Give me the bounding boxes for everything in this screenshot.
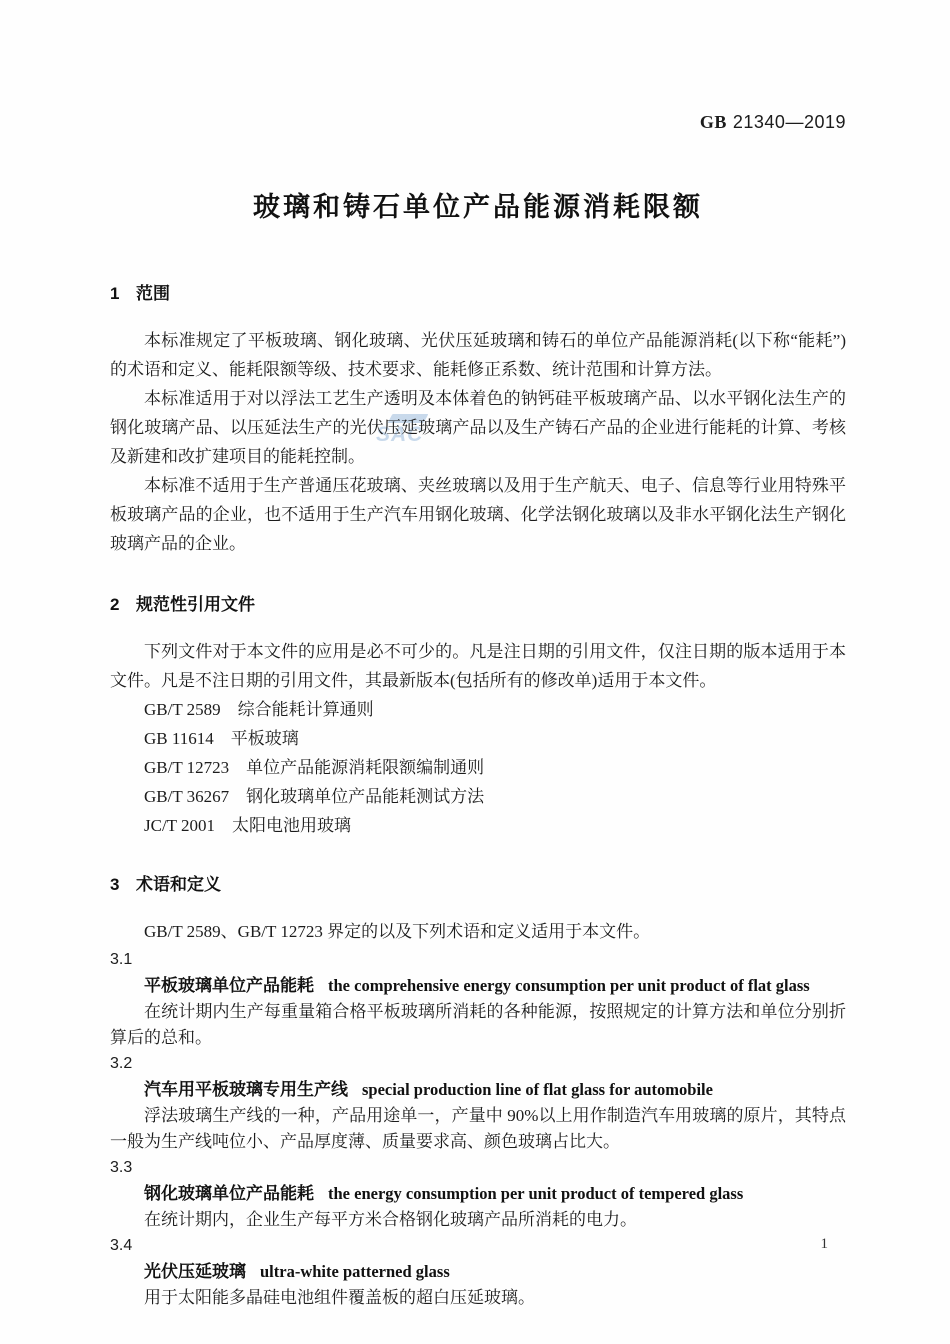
- terms-list: 3.1 平板玻璃单位产品能耗the comprehensive energy c…: [110, 947, 846, 1311]
- standard-code-number: 21340—2019: [733, 112, 846, 132]
- term-title-zh: 钢化玻璃单位产品能耗: [144, 1184, 328, 1203]
- term-title-zh: 汽车用平板玻璃专用生产线: [144, 1080, 362, 1099]
- section-2-title: 规范性引用文件: [136, 595, 255, 614]
- term-definition: 用于太阳能多晶硅电池组件覆盖板的超白压延玻璃。: [110, 1285, 846, 1311]
- term-entry-3-4: 3.4 光伏压延玻璃ultra-white patterned glass 用于…: [110, 1233, 846, 1311]
- term-title: 钢化玻璃单位产品能耗the energy consumption per uni…: [110, 1181, 846, 1207]
- terms-intro: GB/T 2589、GB/T 12723 界定的以及下列术语和定义适用于本文件。: [110, 917, 846, 946]
- term-title-en: ultra-white patterned glass: [260, 1262, 450, 1281]
- section-3-number: 3: [110, 873, 136, 897]
- term-number: 3.3: [110, 1155, 846, 1181]
- scope-paragraph-1: 本标准规定了平板玻璃、钢化玻璃、光伏压延玻璃和铸石的单位产品能源消耗(以下称“能…: [110, 326, 846, 384]
- standard-code-prefix: GB: [700, 112, 727, 132]
- page-number: 1: [821, 1236, 829, 1253]
- section-1-heading: 1范围: [110, 282, 846, 306]
- term-title-zh: 光伏压延玻璃: [144, 1262, 260, 1281]
- document-title: 玻璃和铸石单位产品能源消耗限额: [110, 190, 846, 224]
- term-title: 汽车用平板玻璃专用生产线special production line of f…: [110, 1077, 846, 1103]
- reference-item: JC/T 2001 太阳电池用玻璃: [110, 811, 846, 840]
- scope-paragraph-2: 本标准适用于对以浮法工艺生产透明及本体着色的钠钙硅平板玻璃产品、以水平钢化法生产…: [110, 384, 846, 471]
- term-title-en: the energy consumption per unit product …: [328, 1184, 743, 1203]
- section-scope: 1范围 本标准规定了平板玻璃、钢化玻璃、光伏压延玻璃和铸石的单位产品能源消耗(以…: [110, 282, 846, 558]
- term-title-en: the comprehensive energy consumption per…: [328, 976, 810, 995]
- reference-item: GB/T 12723 单位产品能源消耗限额编制通则: [110, 753, 846, 782]
- section-2-heading: 2规范性引用文件: [110, 593, 846, 617]
- term-entry-3-1: 3.1 平板玻璃单位产品能耗the comprehensive energy c…: [110, 947, 846, 1051]
- term-number: 3.1: [110, 947, 846, 973]
- term-definition: 浮法玻璃生产线的一种，产品用途单一，产量中 90%以上用作制造汽车用玻璃的原片，…: [110, 1103, 846, 1155]
- term-title: 平板玻璃单位产品能耗the comprehensive energy consu…: [110, 973, 846, 999]
- reference-item: GB/T 36267 钢化玻璃单位产品能耗测试方法: [110, 782, 846, 811]
- document-page: SAC GB21340—2019 玻璃和铸石单位产品能源消耗限额 1范围 本标准…: [0, 0, 950, 1344]
- section-1-number: 1: [110, 282, 136, 306]
- term-title-en: special production line of flat glass fo…: [362, 1080, 713, 1099]
- reference-item: GB 11614 平板玻璃: [110, 724, 846, 753]
- term-title: 光伏压延玻璃ultra-white patterned glass: [110, 1259, 846, 1285]
- section-3-heading: 3术语和定义: [110, 873, 846, 897]
- section-2-number: 2: [110, 593, 136, 617]
- section-terms-definitions: 3术语和定义 GB/T 2589、GB/T 12723 界定的以及下列术语和定义…: [110, 873, 846, 1311]
- reference-item: GB/T 2589 综合能耗计算通则: [110, 695, 846, 724]
- term-definition: 在统计期内生产每重量箱合格平板玻璃所消耗的各种能源，按照规定的计算方法和单位分别…: [110, 999, 846, 1051]
- standard-code: GB21340—2019: [110, 112, 846, 132]
- page-content: GB21340—2019 玻璃和铸石单位产品能源消耗限额 1范围 本标准规定了平…: [0, 112, 950, 1311]
- section-3-title: 术语和定义: [136, 875, 221, 894]
- term-definition: 在统计期内，企业生产每平方米合格钢化玻璃产品所消耗的电力。: [110, 1207, 846, 1233]
- section-1-title: 范围: [136, 284, 170, 303]
- term-number: 3.2: [110, 1051, 846, 1077]
- references-intro: 下列文件对于本文件的应用是必不可少的。凡是注日期的引用文件，仅注日期的版本适用于…: [110, 637, 846, 695]
- scope-paragraph-3: 本标准不适用于生产普通压花玻璃、夹丝玻璃以及用于生产航天、电子、信息等行业用特殊…: [110, 471, 846, 558]
- section-normative-references: 2规范性引用文件 下列文件对于本文件的应用是必不可少的。凡是注日期的引用文件，仅…: [110, 593, 846, 840]
- term-entry-3-2: 3.2 汽车用平板玻璃专用生产线special production line …: [110, 1051, 846, 1155]
- term-number: 3.4: [110, 1233, 846, 1259]
- term-entry-3-3: 3.3 钢化玻璃单位产品能耗the energy consumption per…: [110, 1155, 846, 1233]
- term-title-zh: 平板玻璃单位产品能耗: [144, 976, 328, 995]
